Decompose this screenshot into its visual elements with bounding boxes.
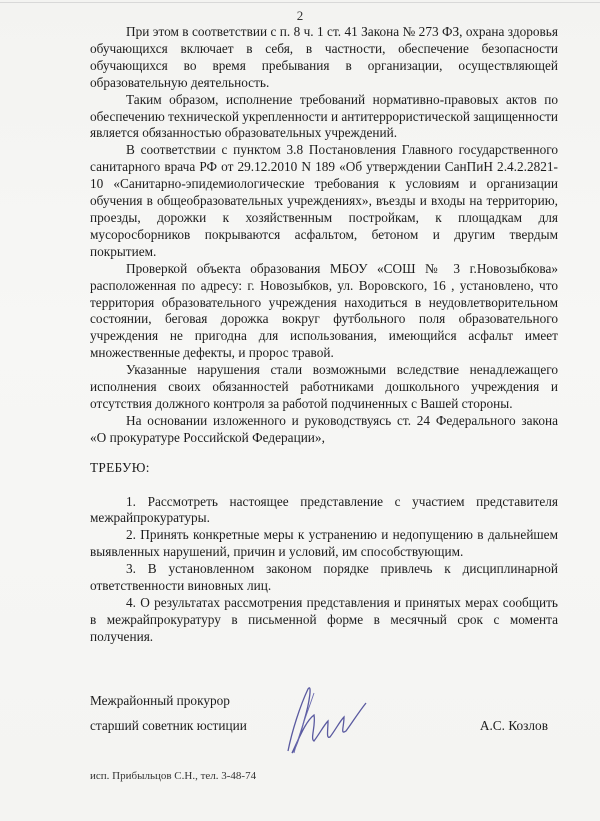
document-page: 2 При этом в соответствии с п. 8 ч. 1 ст… — [0, 0, 600, 821]
page-number: 2 — [0, 8, 600, 24]
handwritten-signature-icon — [270, 681, 370, 761]
signer-position: Межрайонный прокурор — [90, 693, 230, 709]
demand-item: 1. Рассмотреть настоящее представление с… — [90, 494, 558, 528]
demand-item: 4. О результатах рассмотрения представле… — [90, 595, 558, 646]
paragraph: Проверкой объекта образования МБОУ «СОШ … — [90, 261, 558, 362]
demand-heading: ТРЕБУЮ: — [90, 460, 558, 477]
document-body: При этом в соответствии с п. 8 ч. 1 ст. … — [90, 24, 558, 646]
paragraph: Указанные нарушения стали возможными всл… — [90, 362, 558, 413]
signer-name: А.С. Козлов — [480, 718, 548, 734]
signer-rank: старший советник юстиции — [90, 718, 247, 734]
scan-edge-line — [0, 2, 600, 3]
demand-item: 3. В установленном законом порядке привл… — [90, 561, 558, 595]
paragraph: На основании изложенного и руководствуяс… — [90, 413, 558, 447]
paragraph: В соответствии с пунктом 3.8 Постановлен… — [90, 142, 558, 260]
demand-item: 2. Принять конкретные меры к устранению … — [90, 527, 558, 561]
executor-contact: исп. Прибыльцов С.Н., тел. 3-48-74 — [90, 770, 256, 782]
paragraph: Таким образом, исполнение требований нор… — [90, 92, 558, 143]
paragraph: При этом в соответствии с п. 8 ч. 1 ст. … — [90, 24, 558, 92]
